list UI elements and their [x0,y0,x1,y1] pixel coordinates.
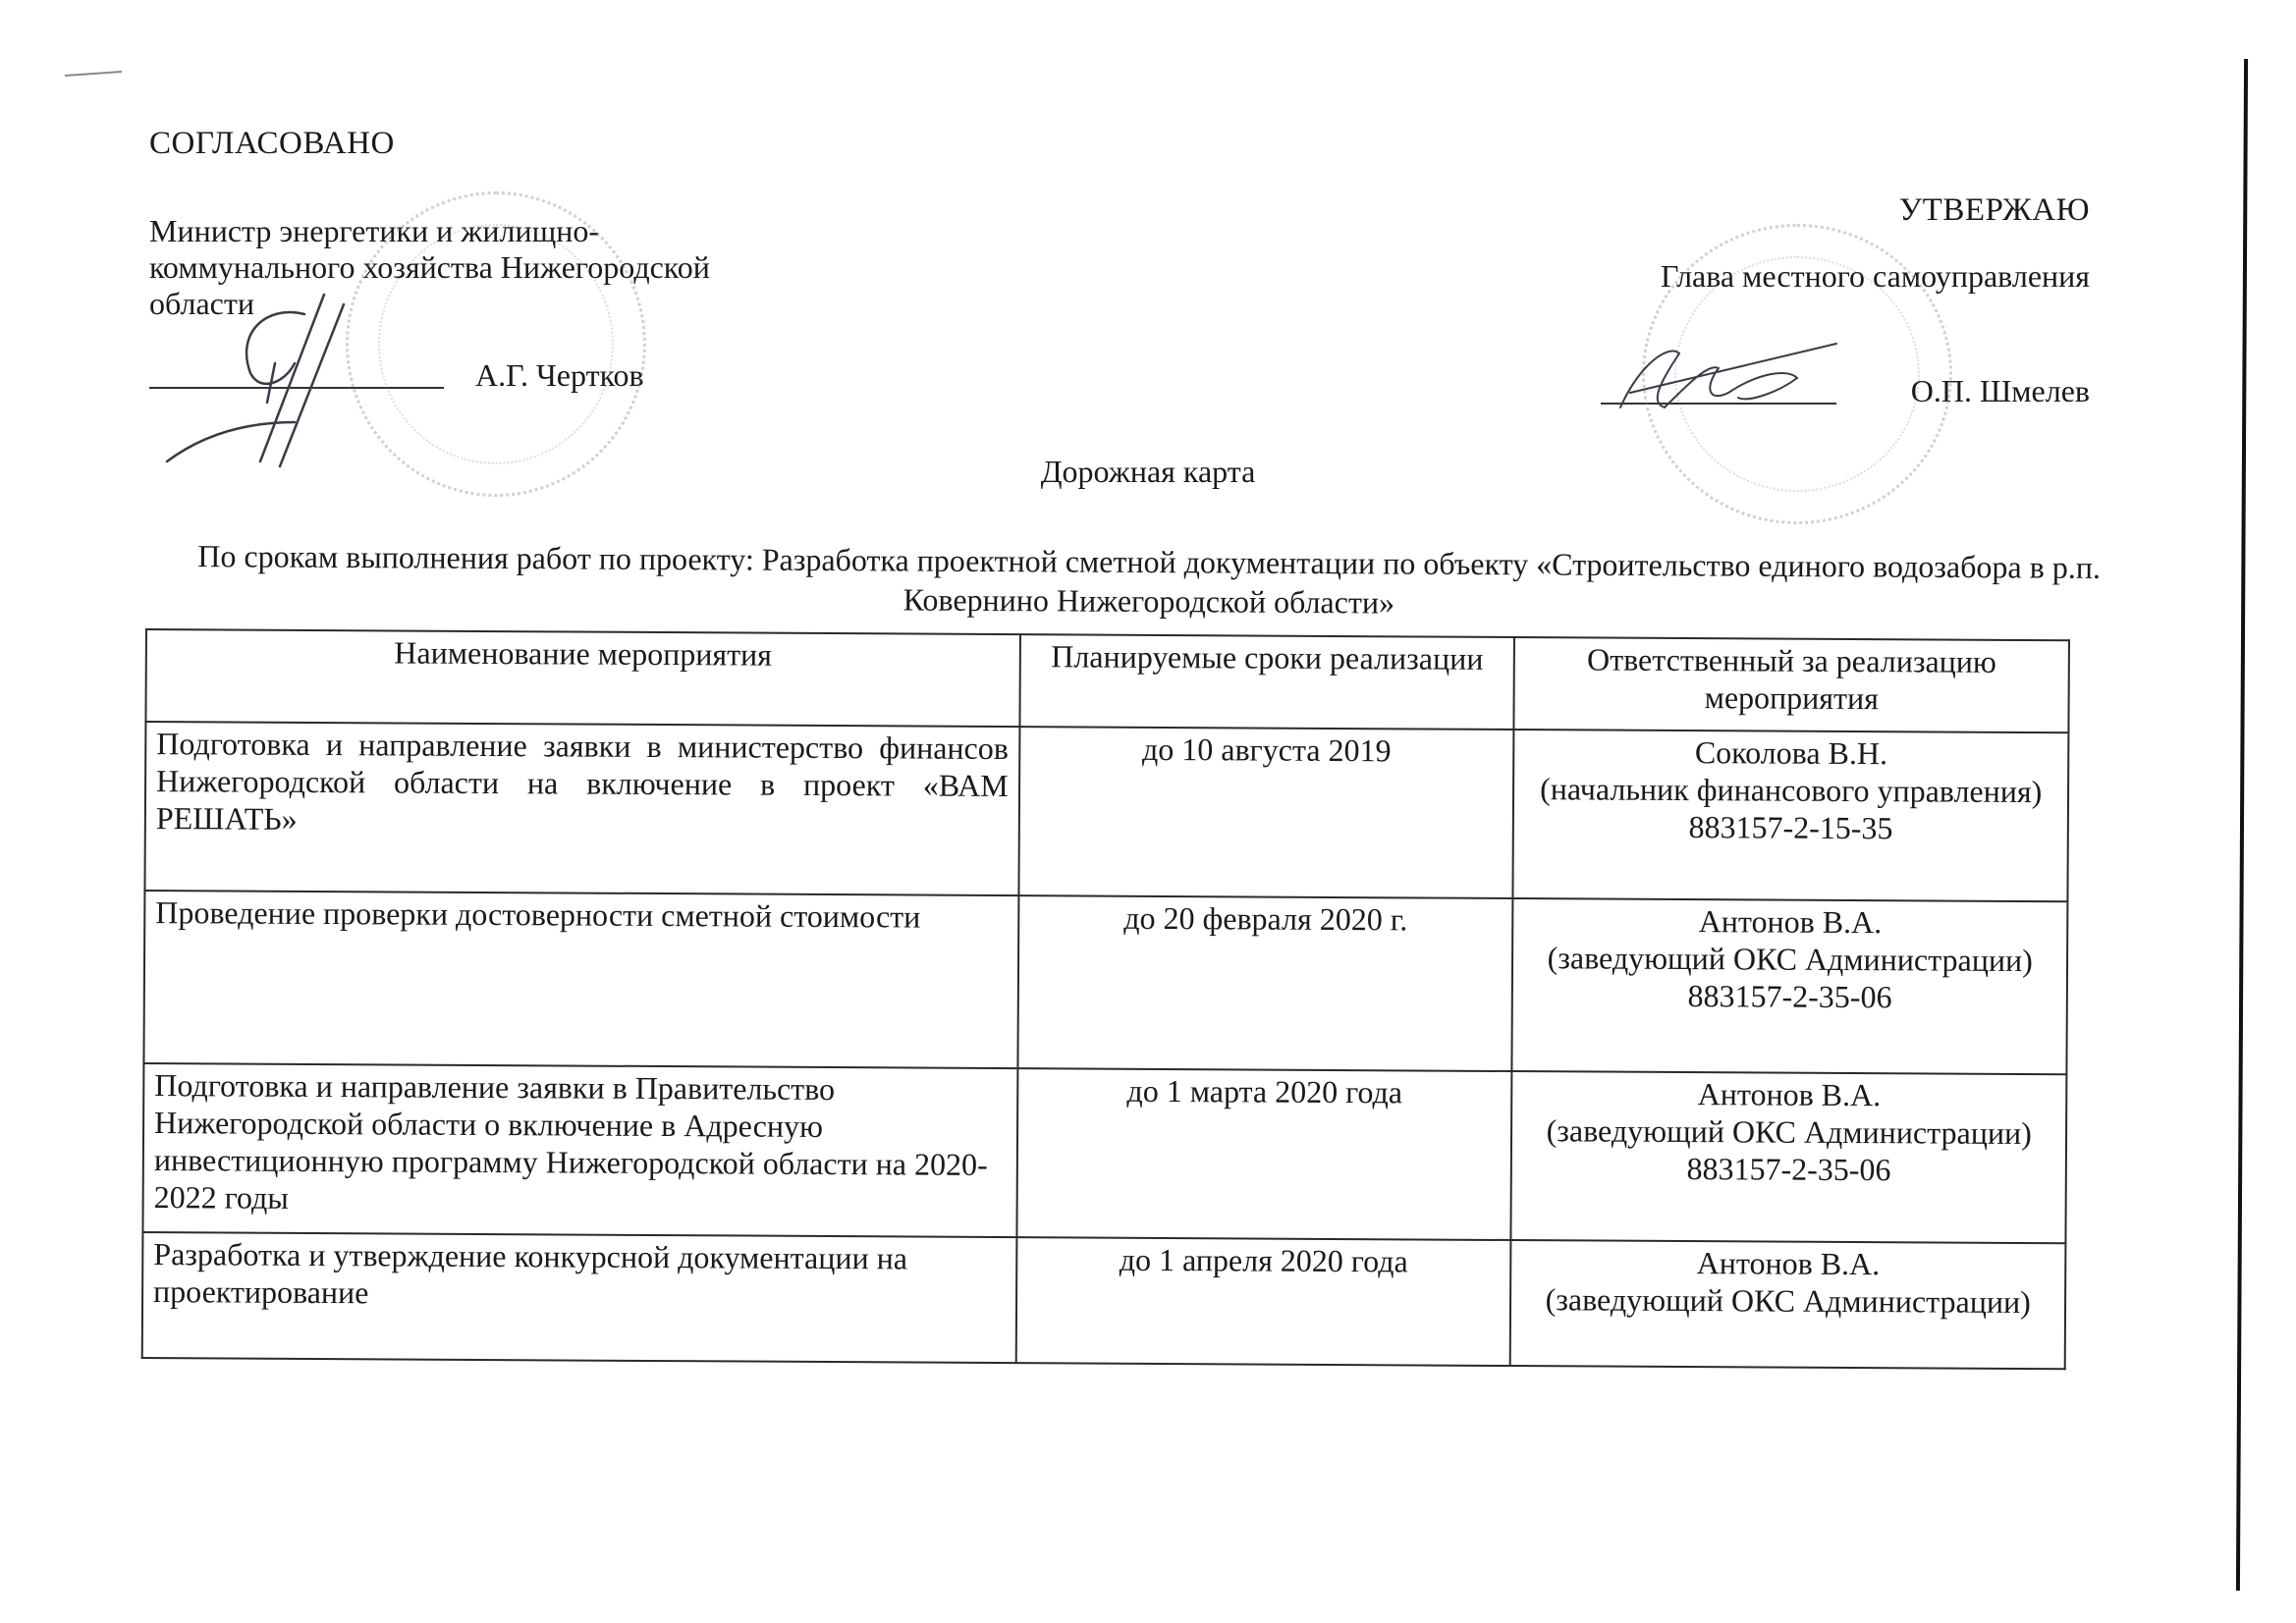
responsible-role: (начальник финансового управления) [1524,770,2057,810]
responsible-cell: Соколова В.Н. (начальник финансового упр… [1513,730,2069,901]
signature-left [157,275,412,481]
table-row: Подготовка и направление заявки в минист… [144,722,2068,901]
document-title: Дорожная карта [0,454,2296,490]
deadline-cell: до 1 апреля 2020 года [1015,1237,1510,1366]
responsible-name: Антонов В.А. [1524,901,2057,942]
agreed-heading: СОГЛАСОВАНО [149,126,896,162]
column-header-responsible: Ответственный за реализацию мероприятия [1514,637,2069,732]
column-header-activity: Наименование мероприятия [145,629,1019,727]
responsible-phone: 883157-2-35-06 [1522,1149,2055,1189]
deadline-cell: до 10 августа 2019 [1018,727,1514,898]
activity-cell: Проведение проверки достоверности сметно… [143,891,1018,1068]
responsible-cell: Антонов В.А. (заведующий ОКС Администрац… [1512,898,2068,1074]
deadline-cell: до 20 февраля 2020 г. [1017,895,1513,1071]
deadline-cell: до 1 марта 2020 года [1016,1068,1512,1240]
table-row: Разработка и утверждение конкурсной доку… [142,1232,2066,1369]
responsible-cell: Антонов В.А. (заведующий ОКС Администрац… [1510,1240,2065,1369]
activity-cell: Разработка и утверждение конкурсной доку… [142,1232,1016,1363]
responsible-role: (заведующий ОКС Администрации) [1523,939,2056,979]
approved-heading: УТВЕРЖАЮ [1552,192,2090,229]
signature-right [1601,324,1856,422]
responsible-phone: 883157-2-35-06 [1523,976,2056,1016]
responsible-name: Соколова В.Н. [1525,732,2058,773]
document-subtitle: По срокам выполнения работ по проекту: Р… [196,536,2102,626]
table-row: Проведение проверки достоверности сметно… [143,891,2067,1074]
activity-cell: Подготовка и направление заявки в Правит… [142,1063,1017,1237]
table-header-row: Наименование мероприятия Планируемые сро… [145,629,2069,732]
roadmap-table: Наименование мероприятия Планируемые сро… [141,628,2070,1370]
responsible-name: Антонов В.А. [1523,1074,2056,1114]
table-row: Подготовка и направление заявки в Правит… [142,1063,2066,1243]
responsible-name: Антонов В.А. [1522,1243,2055,1283]
responsible-role: (заведующий ОКС Администрации) [1522,1111,2055,1152]
responsible-phone: 883157-2-15-35 [1524,807,2057,847]
activity-cell: Подготовка и направление заявки в минист… [144,722,1019,895]
column-header-deadline: Планируемые сроки реализации [1019,634,1514,730]
scan-edge-line [2236,59,2248,1591]
responsible-cell: Антонов В.А. (заведующий ОКС Администрац… [1511,1071,2067,1243]
scan-speck [65,71,122,77]
responsible-role: (заведующий ОКС Администрации) [1521,1280,2054,1321]
